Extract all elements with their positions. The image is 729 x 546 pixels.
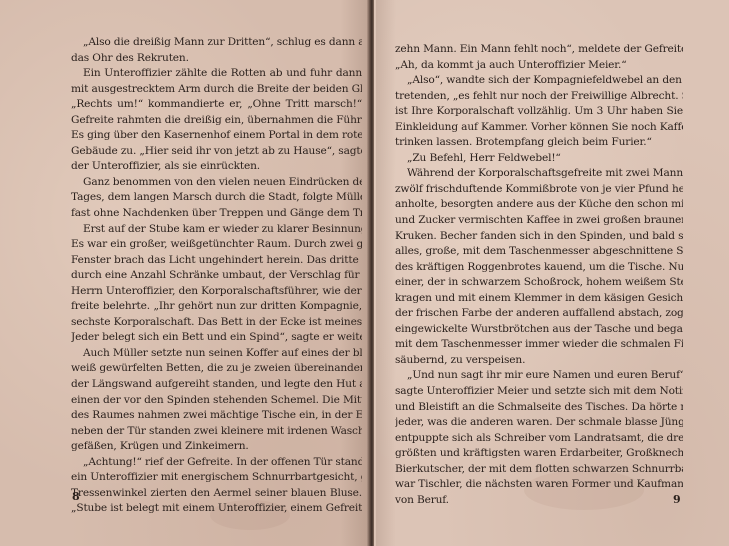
text-line: kragen und mit einem Klemmer in dem käsi… — [395, 291, 683, 307]
right-page: zehn Mann. Ein Mann fehlt noch“, meldete… — [374, 0, 729, 546]
text-line: „Und nun sagt ihr mir eure Namen und eur… — [395, 368, 683, 384]
text-line: des kräftigen Roggenbrotes kauend, um di… — [395, 260, 683, 276]
text-line: anholte, besorgten andere aus der Küche … — [395, 197, 683, 213]
text-line: ist Ihre Korporalschaft vollzählig. Um 3… — [395, 104, 683, 120]
text-line: war Tischler, die nächsten waren Former … — [395, 477, 683, 493]
text-line: das Ohr des Rekruten. — [71, 51, 362, 67]
text-line: zehn Mann. Ein Mann fehlt noch“, meldete… — [395, 42, 683, 58]
text-line: und Bleistift an die Schmalseite des Tis… — [395, 400, 683, 416]
text-line: einen der vor den Spinden stehenden Sche… — [71, 393, 362, 409]
page-curl-shadow-right — [376, 0, 396, 546]
text-line: Erst auf der Stube kam er wieder zu klar… — [71, 222, 362, 238]
text-line: Es war ein großer, weißgetünchter Raum. … — [71, 237, 362, 253]
text-line: alles, große, mit dem Taschenmesser abge… — [395, 244, 683, 260]
text-line: der Unteroffizier, als sie einrückten. — [71, 159, 362, 175]
text-line: Bierkutscher, der mit dem flotten schwar… — [395, 462, 683, 478]
text-line: sagte Unteroffizier Meier und setzte sic… — [395, 384, 683, 400]
text-line: „Rechts um!“ kommandierte er, „Ohne Trit… — [71, 97, 362, 113]
page-curl-shadow-left — [340, 0, 368, 546]
text-line: gefäßen, Krügen und Zinkeimern. — [71, 439, 362, 455]
text-line: Ganz benommen von den vielen neuen Eindr… — [71, 175, 362, 191]
text-line: tretenden, „es fehlt nur noch der Freiwi… — [395, 89, 683, 105]
text-line: jeder, was die anderen waren. Der schmal… — [395, 415, 683, 431]
text-line: der Längswand aufgereiht standen, und le… — [71, 377, 362, 393]
text-line: Herrn Unteroffizier, den Korporalschafts… — [71, 284, 362, 300]
text-line: Tressenwinkel zierten den Aermel seiner … — [71, 486, 362, 502]
text-line: Auch Müller setzte nun seinen Koffer auf… — [71, 346, 362, 362]
text-line: Fenster brach das Licht ungehindert here… — [71, 253, 362, 269]
text-line: des Raumes nahmen zwei mächtige Tische e… — [71, 408, 362, 424]
text-line: und Zucker vermischten Kaffee in zwei gr… — [395, 213, 683, 229]
text-line: trinken lassen. Brotempfang gleich beim … — [395, 135, 683, 151]
text-line: Ein Unteroffizier zählte die Rotten ab u… — [71, 66, 362, 82]
text-line: durch eine Anzahl Schränke umbaut, der V… — [71, 268, 362, 284]
text-line: „Achtung!“ rief der Gefreite. In der off… — [71, 455, 362, 471]
text-line: einer, der in schwarzem Schoßrock, hohem… — [395, 275, 683, 291]
right-page-text: zehn Mann. Ein Mann fehlt noch“, meldete… — [395, 42, 683, 508]
text-line: Es ging über den Kasernenhof einem Porta… — [71, 128, 362, 144]
text-line: „Stube ist belegt mit einem Unteroffizie… — [71, 501, 362, 517]
text-line: größten und kräftigsten waren Erdarbeite… — [395, 446, 683, 462]
left-page: „Also die dreißig Mann zur Dritten“, sch… — [0, 0, 369, 546]
text-line: Jeder belegt sich ein Bett und ein Spind… — [71, 330, 362, 346]
text-line: Während der Korporalschaftsgefreite mit … — [395, 166, 683, 182]
text-line: der frischen Farbe der anderen auffallen… — [395, 306, 683, 322]
text-line: fast ohne Nachdenken über Treppen und Gä… — [71, 206, 362, 222]
text-line: Gefreite rahmten die dreißig ein, überna… — [71, 113, 362, 129]
text-line: „Also die dreißig Mann zur Dritten“, sch… — [71, 35, 362, 51]
text-line: weiß gewürfelten Betten, die zu je zweie… — [71, 361, 362, 377]
text-line: von Beruf. — [395, 493, 683, 509]
text-line: Einkleidung auf Kammer. Vorher können Si… — [395, 120, 683, 136]
text-line: neben der Tür standen zwei kleinere mit … — [71, 424, 362, 440]
text-line: sechste Korporalschaft. Das Bett in der … — [71, 315, 362, 331]
left-page-text: „Also die dreißig Mann zur Dritten“, sch… — [71, 35, 362, 517]
page-number-left: 8 — [72, 490, 80, 503]
text-line: „Also“, wandte sich der Kompagniefeldweb… — [395, 73, 683, 89]
text-line: entpuppte sich als Schreiber vom Landrat… — [395, 431, 683, 447]
page-number-right: 9 — [673, 493, 681, 506]
text-line: säubernd, zu verspeisen. — [395, 353, 683, 369]
text-line: ein Unteroffizier mit energischem Schnur… — [71, 470, 362, 486]
text-line: „Ah, da kommt ja auch Unteroffizier Meie… — [395, 58, 683, 74]
text-line: eingewickelte Wurstbrötchen aus der Tasc… — [395, 322, 683, 338]
text-line: mit dem Taschenmesser immer wieder die s… — [395, 337, 683, 353]
text-line: Kruken. Becher fanden sich in den Spinde… — [395, 229, 683, 245]
text-line: Gebäude zu. „Hier seid ihr von jetzt ab … — [71, 144, 362, 160]
text-line: freite belehrte. „Ihr gehört nun zur dri… — [71, 299, 362, 315]
text-line: mit ausgestrecktem Arm durch die Breite … — [71, 82, 362, 98]
text-line: Tages, dem langen Marsch durch die Stadt… — [71, 190, 362, 206]
book-spread: „Also die dreißig Mann zur Dritten“, sch… — [0, 0, 729, 546]
text-line: zwölf frischduftende Kommißbrote von je … — [395, 182, 683, 198]
text-line: „Zu Befehl, Herr Feldwebel!“ — [395, 151, 683, 167]
